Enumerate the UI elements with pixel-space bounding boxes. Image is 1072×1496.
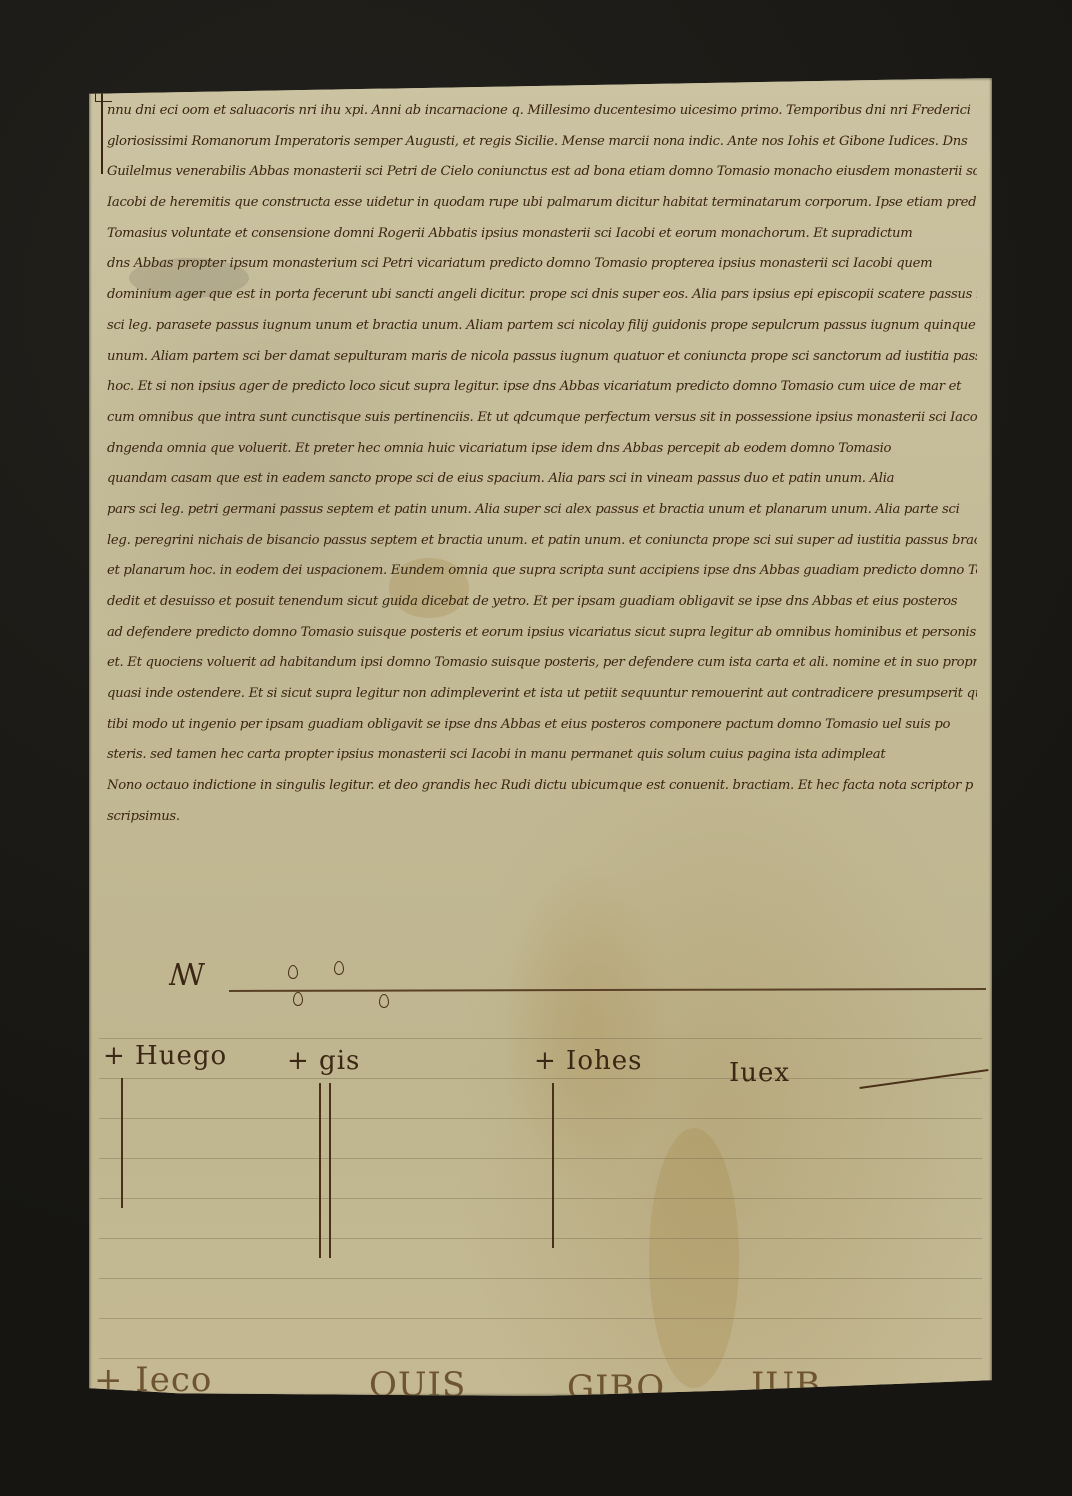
text-line: Nono octauo indictione in singulis legit… (107, 771, 977, 802)
ruling-line (99, 1358, 982, 1359)
ruling-line (99, 1238, 982, 1239)
text-line: nnu dni eci oom et saluacoris nri ihu xp… (107, 96, 977, 127)
text-line: Tomasius voluntate et consensione domni … (107, 219, 977, 250)
text-line: pars sci leg. petri germani passus septe… (107, 495, 977, 526)
cross-stem (121, 1078, 123, 1208)
text-line: unum. Aliam partem sci ber damat sepultu… (107, 342, 977, 373)
text-line: hoc. Et si non ipsius ager de predicto l… (107, 372, 977, 403)
text-line: gloriosissimi Romanorum Imperatoris semp… (107, 127, 977, 158)
text-line: tibi modo ut ingenio per ipsam guadiam o… (107, 710, 977, 741)
punctus-mark (288, 965, 298, 979)
punctus-mark (293, 992, 303, 1006)
subscription-gibo: GIBO (567, 1368, 665, 1408)
text-line: Iacobi de heremitis que constructa esse … (107, 188, 977, 219)
subscription-divider-line (229, 988, 986, 992)
cross-stem (319, 1083, 321, 1258)
text-line: scripsimus. (107, 802, 187, 833)
text-line: dns Abbas propter ipsum monasterium sci … (107, 249, 977, 280)
text-line: ad defendere predicto domno Tomasio suis… (107, 618, 977, 649)
text-line: cum omnibus que intra sunt cunctisque su… (107, 403, 977, 434)
text-line: leg. peregrini nichais de bisancio passu… (107, 526, 977, 557)
ruling-line (99, 1278, 982, 1279)
subscription-gis: + gis (287, 1046, 360, 1076)
ruling-line (99, 1198, 982, 1199)
signum-monogram: ꟿ (169, 958, 205, 993)
initial-letter-stem (101, 84, 103, 174)
text-line: dngenda omnia que voluerit. Et preter he… (107, 434, 977, 465)
subscription-iub: IUB (751, 1365, 821, 1405)
punctus-mark (334, 961, 344, 975)
text-line: quasi inde ostendere. Et si sicut supra … (107, 679, 977, 710)
text-line: et. Et quociens voluerit ad habitandum i… (107, 648, 977, 679)
subscription-iuex: Iuex (729, 1058, 790, 1088)
text-line: dedit et desuisso et posuit tenendum sic… (107, 587, 977, 618)
text-line: sci leg. parasete passus iugnum unum et … (107, 311, 977, 342)
water-stain (649, 1128, 739, 1388)
ruling-line (99, 1158, 982, 1159)
charter-text: nnu dni eci oom et saluacoris nri ihu xp… (107, 96, 977, 833)
ruling-line (99, 1078, 982, 1079)
text-line: Guilelmus venerabilis Abbas monasterii s… (107, 157, 977, 188)
text-line: et planarum hoc. in eodem dei uspacionem… (107, 556, 977, 587)
parchment-charter: nnu dni eci oom et saluacoris nri ihu xp… (89, 78, 992, 1396)
ruling-line (99, 1398, 982, 1399)
subscription-iohes: + Iohes (534, 1046, 642, 1076)
cross-stem (552, 1083, 554, 1248)
subscription-ouis: OUIS (369, 1365, 466, 1405)
subscription-ieco: + Ieco (94, 1360, 212, 1400)
punctus-mark (379, 994, 389, 1008)
ruling-line (99, 1038, 982, 1039)
subscription-huego: + Huego (103, 1041, 227, 1071)
signature-flourish (859, 1069, 988, 1089)
text-line: dominium ager que est in porta fecerunt … (107, 280, 977, 311)
cross-stem (329, 1083, 331, 1258)
text-line: steris. sed tamen hec carta propter ipsi… (107, 740, 977, 771)
ruling-line (99, 1318, 982, 1319)
ruling-line (99, 1118, 982, 1119)
text-line: quandam casam que est in eadem sancto pr… (107, 464, 977, 495)
